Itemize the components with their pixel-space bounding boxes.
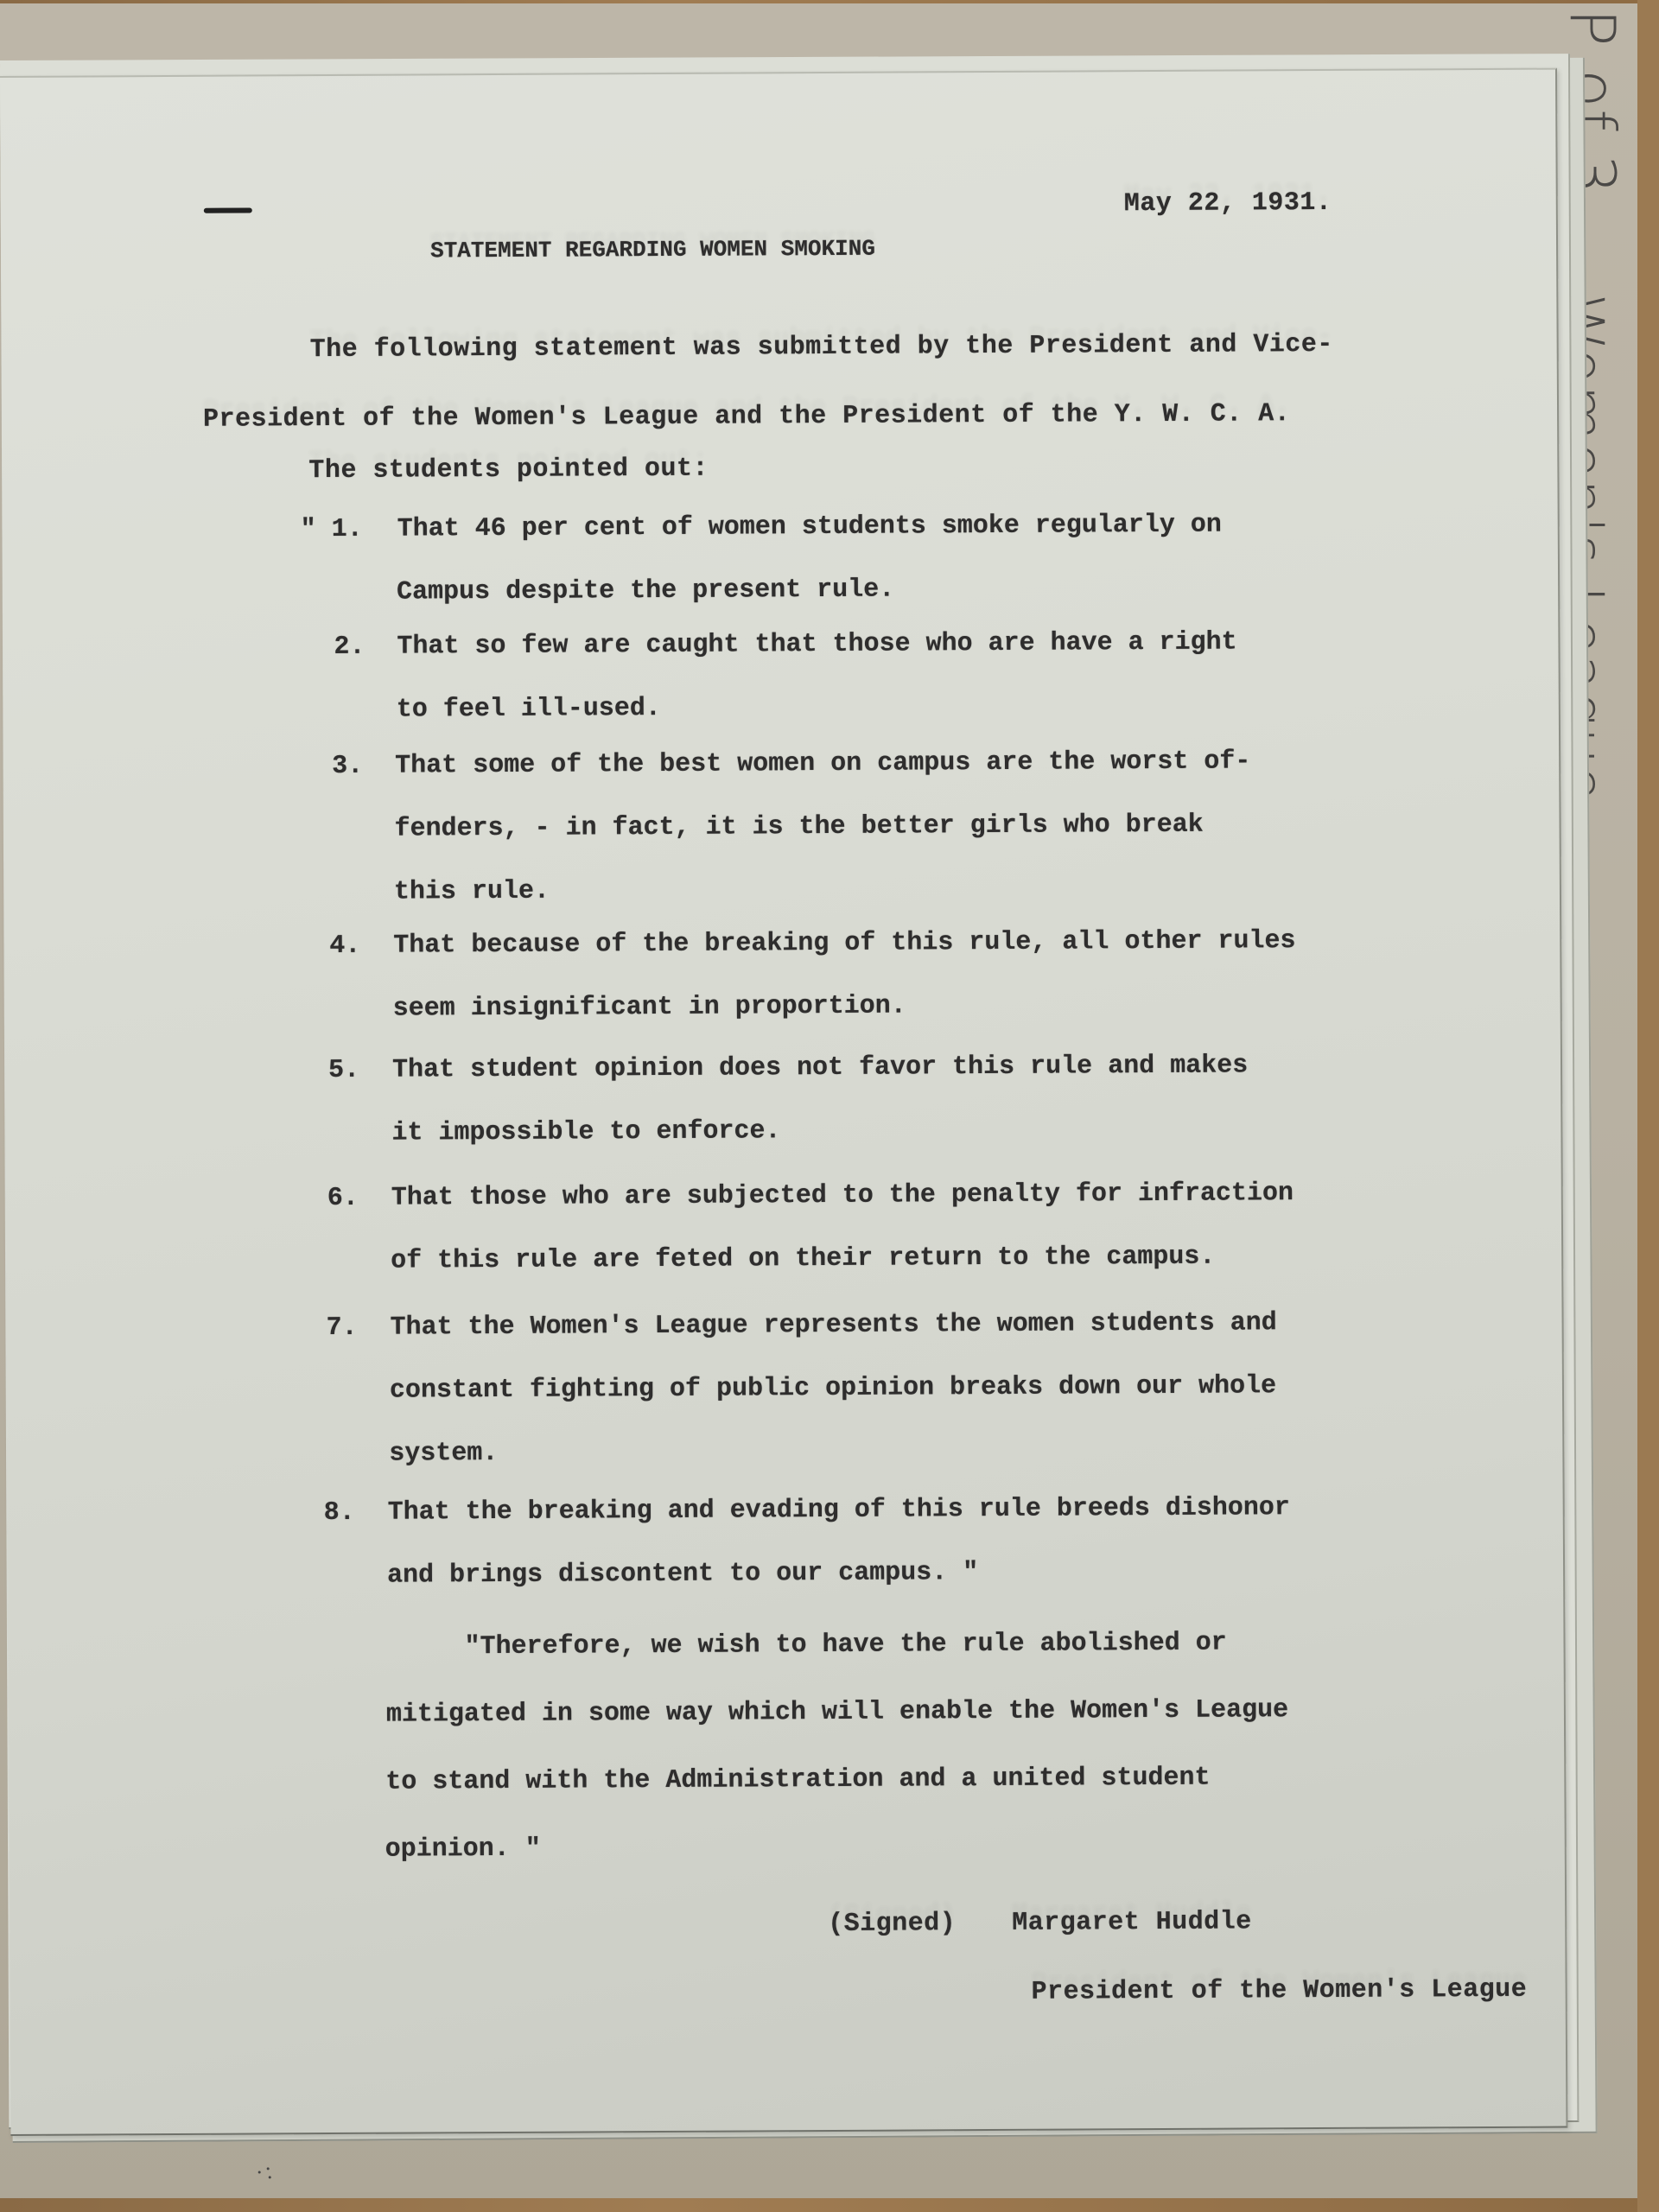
- point-text-line: That because of the breaking of this rul…: [393, 926, 1295, 960]
- point-text-line: and brings discontent to our campus. ": [387, 1558, 978, 1591]
- point-text-line: it impossible to enforce.: [391, 1116, 780, 1147]
- point-text-line: this rule.: [394, 877, 550, 907]
- point-number: 8.: [324, 1498, 355, 1528]
- intro-line-2: President of the Women's League and the …: [203, 399, 1290, 435]
- conclusion-line: to stand with the Administration and a u…: [385, 1764, 1210, 1797]
- point-text-line: to feel ill-used.: [397, 694, 661, 725]
- point-text-line: That the breaking and evading of this ru…: [388, 1493, 1290, 1527]
- conclusion-line: opinion. ": [385, 1834, 541, 1865]
- point-text-line: That so few are caught that those who ar…: [397, 628, 1236, 662]
- point-number: 2.: [334, 632, 365, 662]
- signatory-name: Margaret Huddle: [1012, 1907, 1252, 1937]
- point-text-line: That some of the best women on campus ar…: [395, 747, 1250, 780]
- signature-label: (Signed): [828, 1909, 956, 1939]
- intro-line-1: The following statement was submitted by…: [310, 330, 1333, 365]
- point-text-line: of this rule are feted on their return t…: [391, 1243, 1215, 1276]
- point-text-line: system.: [389, 1439, 498, 1469]
- paper-specks: [258, 2167, 276, 2184]
- point-number: 5.: [328, 1056, 359, 1085]
- point-number: 7.: [327, 1313, 358, 1343]
- point-text-line: fenders, - in fact, it is the better gir…: [394, 810, 1203, 844]
- point-text-line: seem insignificant in proportion.: [393, 992, 906, 1024]
- signatory-title: President of the Women's League: [1032, 1975, 1528, 2007]
- typed-dash-mark: [204, 207, 252, 213]
- point-text-line: That student opinion does not favor this…: [392, 1051, 1248, 1084]
- desk-surface: [1637, 0, 1659, 2212]
- point-number: 3.: [332, 752, 363, 781]
- point-number: 4.: [329, 931, 360, 961]
- point-text-line: That the Women's League represents the w…: [391, 1308, 1277, 1342]
- point-number: " 1.: [301, 515, 363, 544]
- point-text-line: That 46 per cent of women students smoke…: [397, 511, 1222, 544]
- conclusion-line: mitigated in some way which will enable …: [386, 1695, 1288, 1729]
- point-text-line: That those who are subjected to the pena…: [391, 1179, 1294, 1212]
- lead-in: The students pointed out:: [308, 454, 709, 486]
- document-date: May 22, 1931.: [1124, 188, 1332, 219]
- conclusion-line: "Therefore, we wish to have the rule abo…: [386, 1629, 1226, 1662]
- point-text-line: constant fighting of public opinion brea…: [390, 1371, 1276, 1405]
- typed-document-page: May 22, 1931. STATEMENT REGARDING WOMEN …: [0, 68, 1567, 2136]
- point-number: 6.: [327, 1184, 359, 1213]
- document-title: STATEMENT REGARDING WOMEN SMOKING: [430, 236, 875, 264]
- point-text-line: Campus despite the present rule.: [397, 575, 894, 607]
